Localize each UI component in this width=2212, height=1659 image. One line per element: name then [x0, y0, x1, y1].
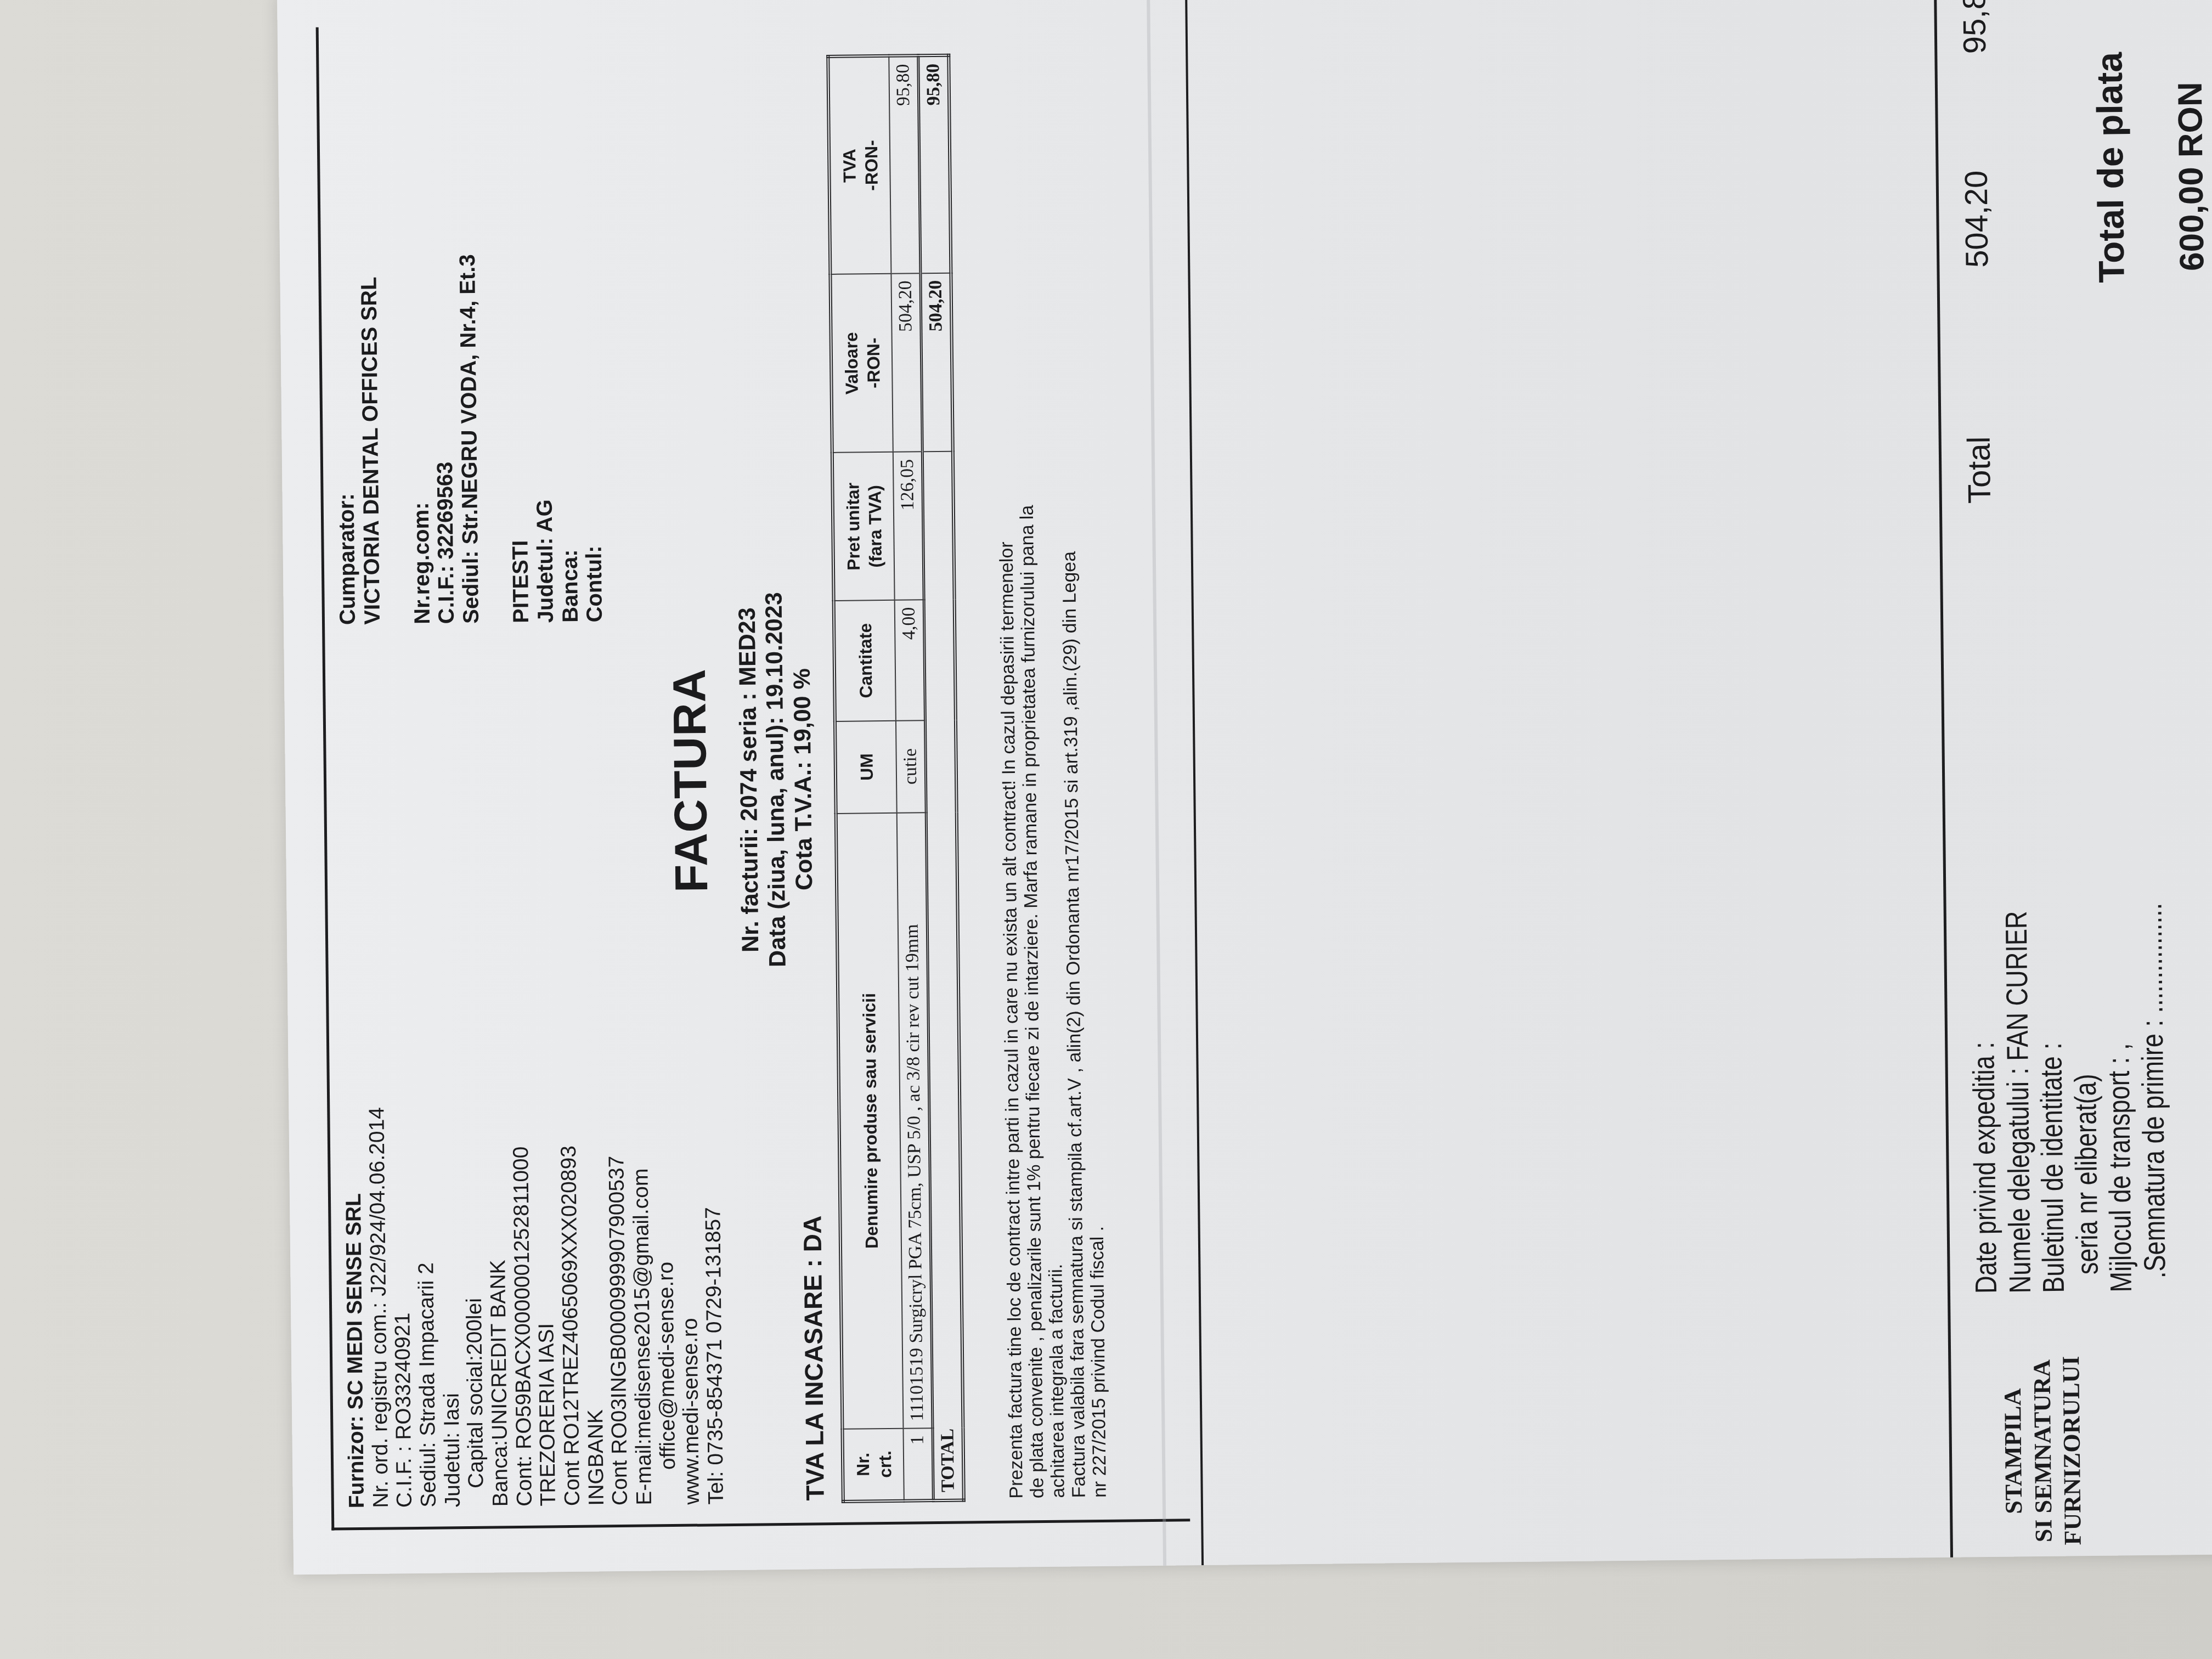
col-valoare: Valoare -RON- [830, 274, 893, 453]
shipping-line: Buletinul de identitate : [2033, 904, 2071, 1293]
buyer-name: VICTORIA DENTAL OFFICES SRL [357, 255, 385, 625]
col-nr: Nr. crt. [842, 1429, 904, 1502]
buyer-account: Contul: [579, 253, 607, 623]
total-vat-value: 95,80 [1956, 0, 1994, 54]
total-net-value: 504,20 [1958, 170, 1996, 268]
vat-on-collection: TVA LA INCASARE : DA [797, 1215, 830, 1500]
shipping-line: Date privind expeditia : [1966, 905, 2004, 1294]
total-payable-value: 600,00 RON [2171, 82, 2212, 271]
stamp-line: FURNIZORULUI [2057, 1356, 2088, 1545]
buyer-county: Judetul: AG [530, 253, 558, 623]
stamp-line: SI SEMNATURA [2027, 1356, 2058, 1545]
cell-pret: 126,05 [893, 452, 924, 600]
cell-valoare: 504,20 [891, 273, 922, 452]
items-table: Nr. crt. Denumire produse sau servicii U… [826, 54, 966, 1503]
col-um: UM [835, 721, 897, 814]
col-cantitate: Cantitate [834, 600, 896, 721]
supplier-bank-3: INGBANK [580, 1105, 608, 1506]
col-denumire: Denumire produse sau servicii [836, 812, 904, 1429]
buyer-address: Sediul: Str.NEGRU VODA, Nr.4, Et.3 [455, 254, 484, 624]
shipping-line: Mijlocul de transport : , [2101, 903, 2138, 1292]
supplier-address: Sediul: Strada Impacarii 2 [413, 1107, 441, 1508]
shipping-line: seria nr eliberat(a) [2067, 904, 2104, 1293]
supplier-bank-2: TREZORERIA IASI [533, 1105, 561, 1506]
supplier-stamp-label: STAMPILA SI SEMNATURA FURNIZORULUI [1997, 1356, 2088, 1545]
buyer-bank: Banca: [555, 253, 583, 623]
buyer-block: Cumparator: VICTORIA DENTAL OFFICES SRL … [332, 253, 607, 625]
supplier-email: E-mail:medisense2015@gmail.com [628, 1104, 656, 1505]
cell-cantitate: 4,00 [895, 600, 926, 720]
cell-um: cutie [896, 720, 926, 812]
cell-nr: 1 [903, 1428, 933, 1501]
shipping-line: .Semnatura de primire : ................ [2135, 903, 2172, 1292]
shipping-details: Date privind expeditia : Numele delegatu… [1966, 903, 2172, 1294]
total-valoare: 504,20 [921, 273, 953, 452]
buyer-reg-com: Nr.reg.com: [407, 255, 435, 624]
supplier-account-1: Cont: RO59BACX0000001252811000 [509, 1105, 537, 1506]
supplier-capital: Capital social:200lei [461, 1106, 489, 1507]
col-tva: TVA -RON- [828, 56, 891, 274]
supplier-cif: C.I.F. : RO33240921 [389, 1107, 417, 1508]
supplier-account-2: Cont RO12TREZ4065069XXX020893 [556, 1105, 584, 1506]
shipping-courier: Numele delegatului : FAN CURIER [1999, 904, 2037, 1293]
buyer-label: Cumparator: [332, 256, 360, 625]
invoice-page: Furnizor: SC MEDI SENSE SRL Nr. ord. reg… [277, 0, 2212, 1575]
supplier-bank-1: Banca:UNICREDIT BANK [484, 1106, 512, 1507]
supplier-account-3: Cont RO03INGB0000999907900537 [605, 1104, 633, 1505]
stamp-line: STAMPILA [1997, 1357, 2029, 1546]
col-pret: Pret unitar (fara TVA) [832, 452, 895, 601]
total-tva: 95,80 [918, 55, 951, 273]
photo-background: Furnizor: SC MEDI SENSE SRL Nr. ord. reg… [0, 0, 2212, 1659]
supplier-name: Furnizor: SC MEDI SENSE SRL [341, 1107, 369, 1508]
supplier-reg-com: Nr. ord. registru com.: J22/924/04.06.20… [365, 1107, 393, 1508]
cell-tva: 95,80 [889, 55, 921, 273]
legal-notice: Prezenta factura tine loc de contract in… [996, 504, 1110, 1498]
supplier-county: Judetul: Iasi [437, 1107, 465, 1508]
buyer-city: PITESTI [505, 253, 534, 623]
total-label: Total [1961, 436, 1998, 504]
buyer-cif: C.I.F.: 32269563 [431, 255, 459, 624]
total-payable-label: Total de plata [2088, 52, 2132, 283]
